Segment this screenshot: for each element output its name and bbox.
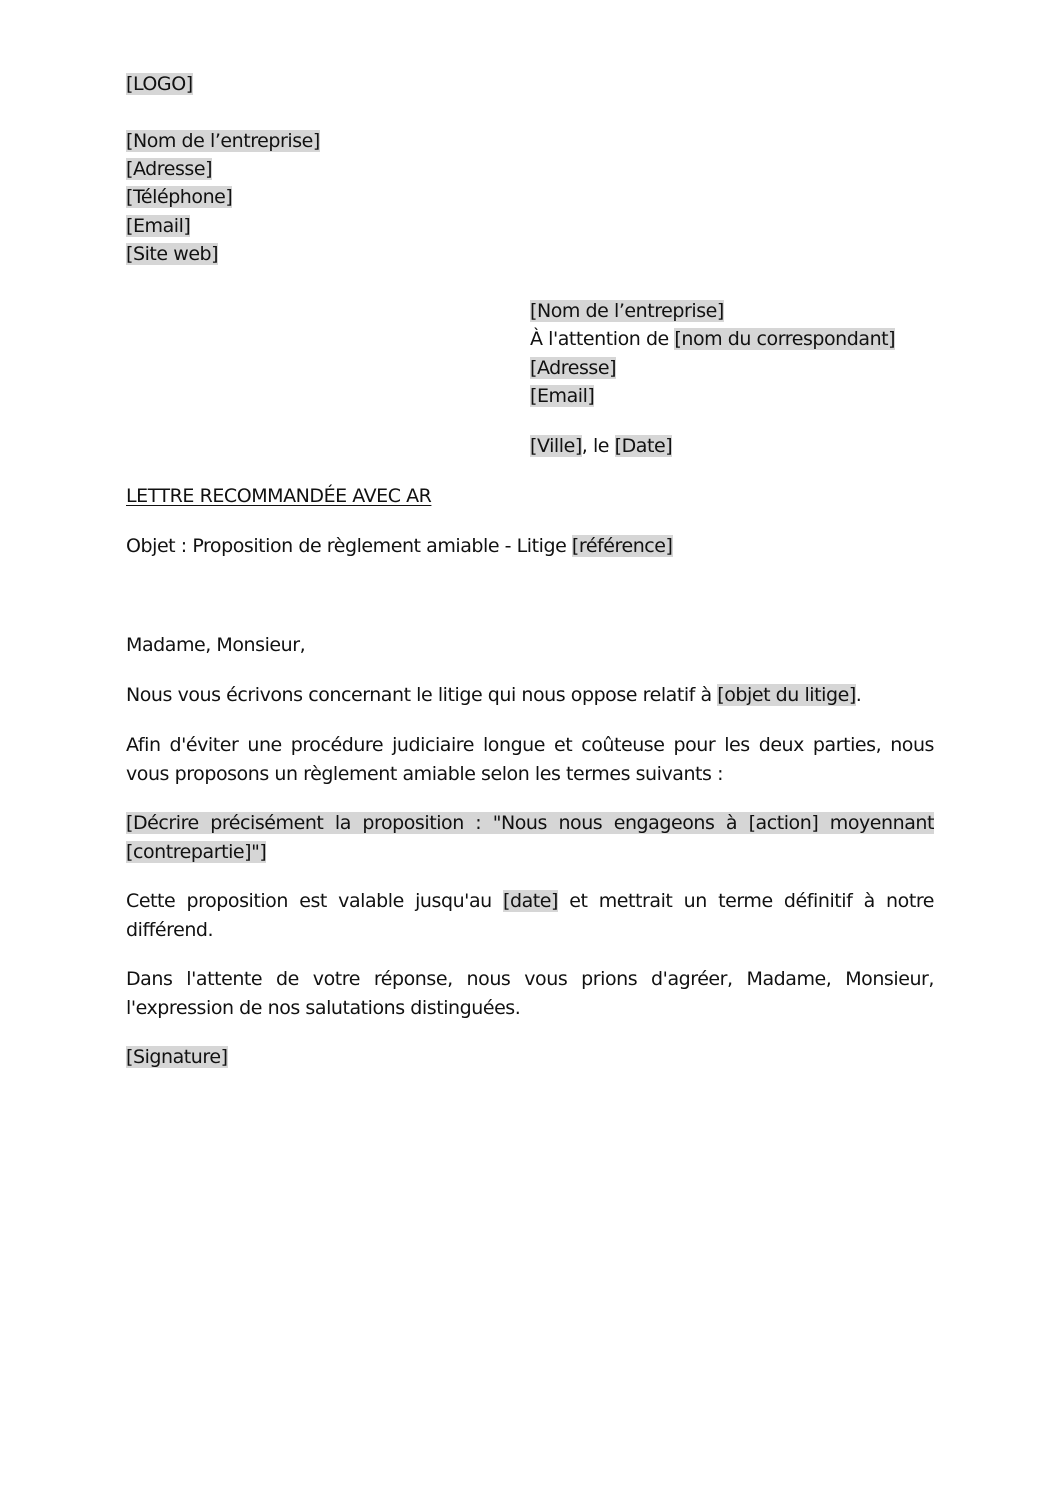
recipient-email-placeholder: [Email] bbox=[530, 385, 594, 407]
sender-website: [Site web] bbox=[126, 240, 218, 268]
sender-logo: [LOGO] bbox=[126, 70, 193, 98]
logo-placeholder: [LOGO] bbox=[126, 73, 193, 95]
place-date-separator: , le bbox=[582, 435, 615, 457]
recipient-company: [Nom de l’entreprise] bbox=[530, 297, 724, 325]
attention-name-placeholder: [nom du correspondant] bbox=[674, 328, 895, 350]
reference-placeholder: [référence] bbox=[572, 535, 673, 557]
validity-date-placeholder: [date] bbox=[503, 890, 558, 912]
sender-email-placeholder: [Email] bbox=[126, 215, 190, 237]
sender-company: [Nom de l’entreprise] bbox=[126, 127, 320, 155]
recipient-address-placeholder: [Adresse] bbox=[530, 357, 616, 379]
sender-phone-placeholder: [Téléphone] bbox=[126, 186, 232, 208]
sender-address: [Adresse] bbox=[126, 155, 212, 183]
subject-line: Objet : Proposition de règlement amiable… bbox=[126, 532, 673, 560]
paragraph-4: Cette proposition est valable jusqu'au [… bbox=[126, 887, 934, 944]
paragraph-3: [Décrire précisément la proposition : "N… bbox=[126, 809, 934, 866]
sender-website-placeholder: [Site web] bbox=[126, 243, 218, 265]
place-date: [Ville], le [Date] bbox=[530, 432, 672, 460]
p1-text: Nous vous écrivons concernant le litige … bbox=[126, 684, 717, 706]
letter-page: [LOGO] [Nom de l’entreprise] [Adresse] [… bbox=[0, 0, 1060, 1500]
paragraph-1: Nous vous écrivons concernant le litige … bbox=[126, 681, 861, 709]
mail-type: LETTRE RECOMMANDÉE AVEC AR bbox=[126, 482, 431, 510]
recipient-email: [Email] bbox=[530, 382, 594, 410]
signature: [Signature] bbox=[126, 1043, 228, 1071]
p4-prefix: Cette proposition est valable jusqu'au bbox=[126, 890, 503, 912]
signature-placeholder: [Signature] bbox=[126, 1046, 228, 1068]
paragraph-5: Dans l'attente de votre réponse, nous vo… bbox=[126, 965, 934, 1022]
recipient-attention: À l'attention de [nom du correspondant] bbox=[530, 325, 895, 353]
sender-email: [Email] bbox=[126, 212, 190, 240]
attention-prefix: À l'attention de bbox=[530, 328, 674, 350]
sender-phone: [Téléphone] bbox=[126, 183, 232, 211]
dispute-object-placeholder: [objet du litige] bbox=[717, 684, 856, 706]
paragraph-2: Afin d'éviter une procédure judiciaire l… bbox=[126, 731, 934, 788]
subject-prefix: Objet : Proposition de règlement amiable… bbox=[126, 535, 572, 557]
recipient-company-placeholder: [Nom de l’entreprise] bbox=[530, 300, 724, 322]
recipient-address: [Adresse] bbox=[530, 354, 616, 382]
p1-suffix: . bbox=[856, 684, 862, 706]
sender-company-placeholder: [Nom de l’entreprise] bbox=[126, 130, 320, 152]
sender-address-placeholder: [Adresse] bbox=[126, 158, 212, 180]
date-placeholder: [Date] bbox=[615, 435, 673, 457]
city-placeholder: [Ville] bbox=[530, 435, 582, 457]
salutation: Madame, Monsieur, bbox=[126, 631, 305, 659]
proposal-placeholder: [Décrire précisément la proposition : "N… bbox=[126, 812, 934, 863]
